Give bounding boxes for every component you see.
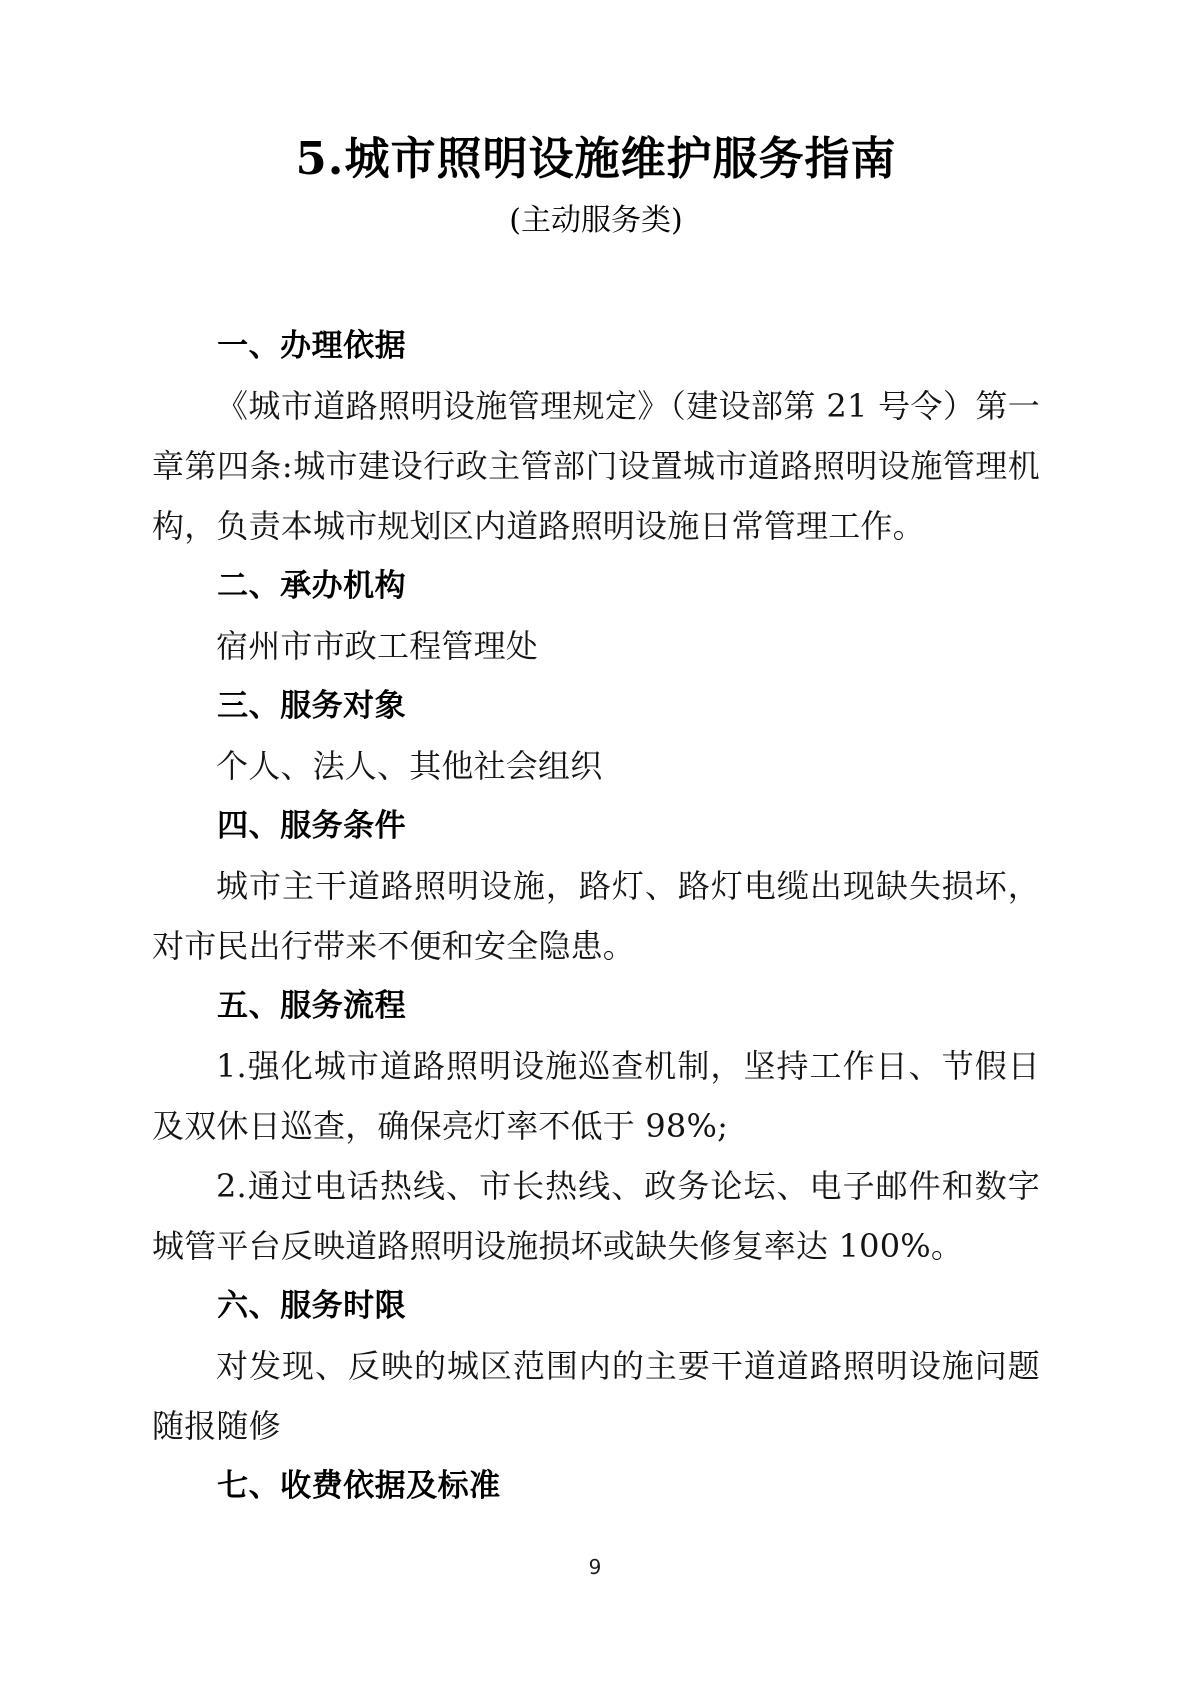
sections: 一、办理依据《城市道路照明设施管理规定》（建设部第 21 号令）第一章第四条:城… bbox=[152, 316, 1040, 1516]
section-heading: 六、服务时限 bbox=[152, 1276, 1040, 1336]
section-paragraph: 《城市道路照明设施管理规定》（建设部第 21 号令）第一章第四条:城市建设行政主… bbox=[152, 376, 1040, 556]
section-paragraph: 宿州市市政工程管理处 bbox=[152, 616, 1040, 676]
document-page: 5.城市照明设施维护服务指南 (主动服务类) 一、办理依据《城市道路照明设施管理… bbox=[0, 0, 1190, 1683]
page-title: 5.城市照明设施维护服务指南 bbox=[152, 130, 1040, 188]
section-heading: 一、办理依据 bbox=[152, 316, 1040, 376]
section-heading: 二、承办机构 bbox=[152, 556, 1040, 616]
section-paragraph: 对发现、反映的城区范围内的主要干道道路照明设施问题随报随修 bbox=[152, 1336, 1040, 1456]
section-paragraph: 城市主干道路照明设施，路灯、路灯电缆出现缺失损坏，对市民出行带来不便和安全隐患。 bbox=[152, 856, 1040, 976]
page-number: 9 bbox=[0, 1552, 1190, 1582]
section-heading: 五、服务流程 bbox=[152, 976, 1040, 1036]
section: 七、收费依据及标准 bbox=[152, 1456, 1040, 1516]
section-paragraph: 个人、法人、其他社会组织 bbox=[152, 736, 1040, 796]
section-paragraph: 1.强化城市道路照明设施巡查机制，坚持工作日、节假日及双休日巡查，确保亮灯率不低… bbox=[152, 1036, 1040, 1156]
section-paragraph: 2.通过电话热线、市长热线、政务论坛、电子邮件和数字城管平台反映道路照明设施损坏… bbox=[152, 1156, 1040, 1276]
page-subtitle: (主动服务类) bbox=[152, 198, 1040, 244]
section: 四、服务条件城市主干道路照明设施，路灯、路灯电缆出现缺失损坏，对市民出行带来不便… bbox=[152, 796, 1040, 976]
section-heading: 三、服务对象 bbox=[152, 676, 1040, 736]
section-heading: 七、收费依据及标准 bbox=[152, 1456, 1040, 1516]
section: 五、服务流程1.强化城市道路照明设施巡查机制，坚持工作日、节假日及双休日巡查，确… bbox=[152, 976, 1040, 1276]
section: 六、服务时限对发现、反映的城区范围内的主要干道道路照明设施问题随报随修 bbox=[152, 1276, 1040, 1456]
section: 二、承办机构宿州市市政工程管理处 bbox=[152, 556, 1040, 676]
section: 三、服务对象个人、法人、其他社会组织 bbox=[152, 676, 1040, 796]
section-heading: 四、服务条件 bbox=[152, 796, 1040, 856]
document-content: 5.城市照明设施维护服务指南 (主动服务类) 一、办理依据《城市道路照明设施管理… bbox=[152, 0, 1040, 1516]
section: 一、办理依据《城市道路照明设施管理规定》（建设部第 21 号令）第一章第四条:城… bbox=[152, 316, 1040, 556]
